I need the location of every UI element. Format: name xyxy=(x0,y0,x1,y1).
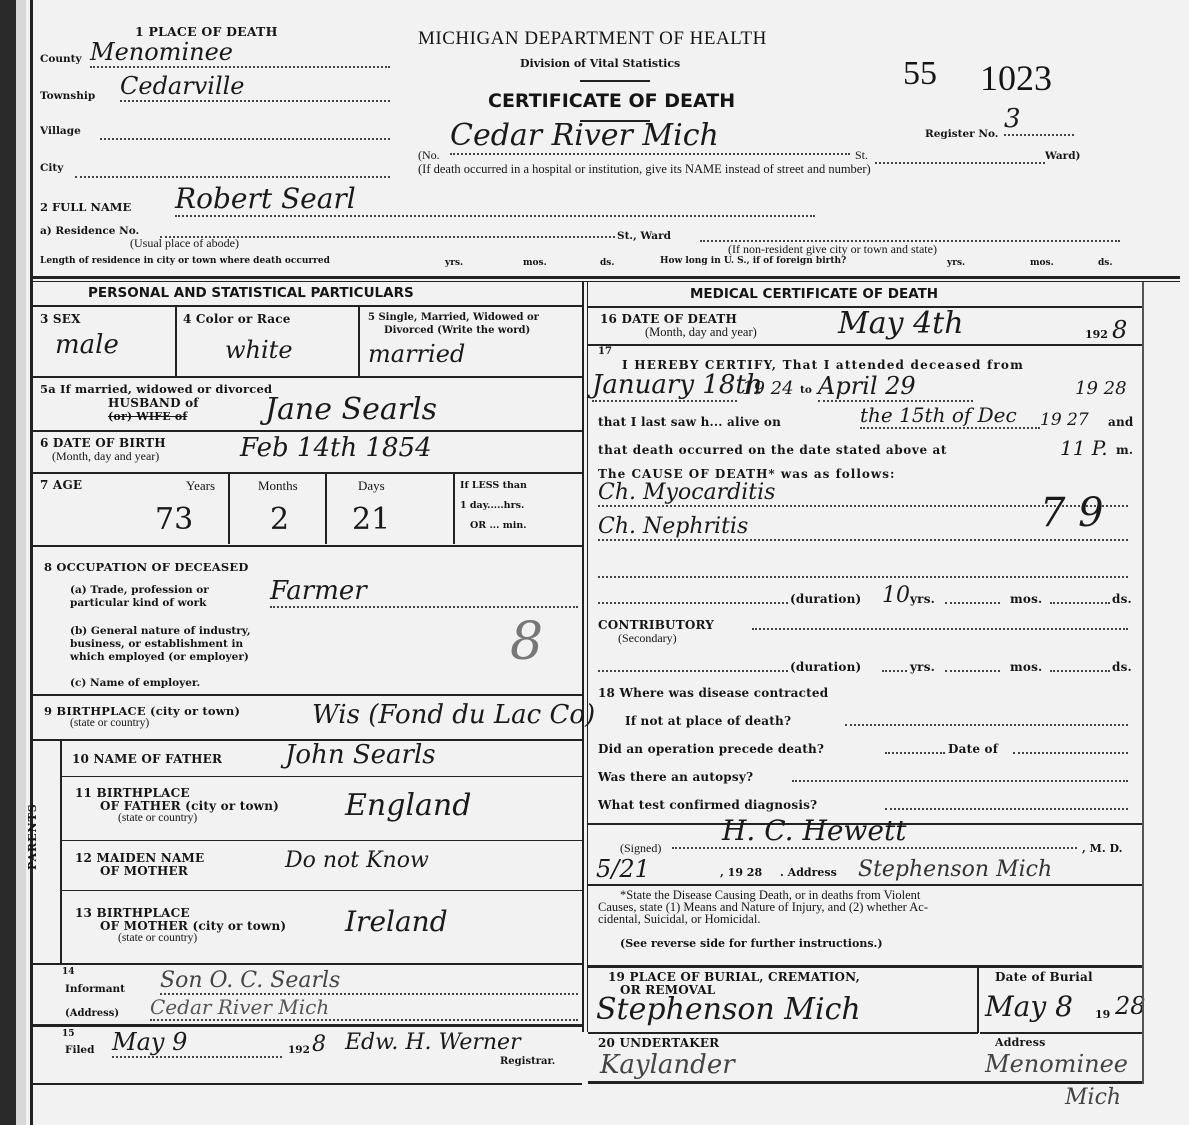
trade-label-1: (a) Trade, profession or xyxy=(70,584,209,596)
signed-field[interactable]: H. C. Hewett xyxy=(672,814,1077,849)
father-birthplace-label-1: 11 BIRTHPLACE xyxy=(75,786,190,800)
duration-yrs-field[interactable]: 10 xyxy=(882,583,910,608)
registrar-label: Registrar. xyxy=(500,1056,555,1067)
county-label: County xyxy=(40,53,82,65)
undertaker-address-field-2[interactable]: Mich xyxy=(1065,1085,1121,1110)
divider xyxy=(580,80,650,82)
form-right-border xyxy=(1142,282,1144,1084)
undertaker-field[interactable]: Kaylander xyxy=(600,1050,735,1080)
us-mos: mos. xyxy=(1030,258,1054,268)
dod-field[interactable]: May 4th xyxy=(838,306,964,341)
signed-label: (Signed) xyxy=(620,841,661,856)
duration-yrs-label: yrs. xyxy=(910,592,935,606)
rule xyxy=(33,545,582,547)
contributory-label: CONTRIBUTORY xyxy=(598,618,714,632)
father-birthplace-field[interactable]: England xyxy=(345,788,471,823)
informant-field[interactable]: Son O. C. Searls xyxy=(160,968,578,995)
register-label: Register No. xyxy=(925,128,998,140)
mother-birthplace-label-1: 13 BIRTHPLACE xyxy=(75,906,190,920)
medical-section-title: MEDICAL CERTIFICATE OF DEATH xyxy=(690,286,938,302)
residence-mos: mos. xyxy=(523,258,547,268)
dod-year-field[interactable]: 8 xyxy=(1112,316,1127,344)
st-ward-label: St., Ward xyxy=(617,230,671,242)
rule xyxy=(980,1032,1143,1034)
register-field[interactable]: 3 xyxy=(1004,104,1074,136)
last-seen-label: that I last saw h... alive on xyxy=(598,415,781,429)
mother-name-label-1: 12 MAIDEN NAME xyxy=(75,851,204,865)
personal-section-title: PERSONAL AND STATISTICAL PARTICULARS xyxy=(88,285,414,301)
note-line-4: (See reverse side for further instructio… xyxy=(620,937,883,950)
us-ds: ds. xyxy=(1098,258,1113,268)
department-name: MICHIGAN DEPARTMENT OF HEALTH xyxy=(418,28,767,50)
filed-label: Filed xyxy=(65,1044,94,1056)
burial-date-label: Date of Burial xyxy=(995,970,1093,984)
duration-2-mos-label: mos. xyxy=(1010,660,1042,674)
duration-2-leader xyxy=(598,662,788,672)
informant-number: 14 xyxy=(62,967,75,977)
rule xyxy=(62,840,582,841)
spouse-label-3: (or) WIFE of xyxy=(108,410,187,423)
contributory-field[interactable] xyxy=(752,620,1128,630)
top-section-rule-2 xyxy=(30,281,1180,282)
mother-name-field[interactable]: Do not Know xyxy=(285,848,429,873)
filed-year-field[interactable]: 8 xyxy=(312,1032,326,1057)
undertaker-address-label: Address xyxy=(995,1036,1046,1049)
undertaker-address-field-1[interactable]: Menominee xyxy=(985,1050,1128,1078)
occupation-label: 8 OCCUPATION OF DECEASED xyxy=(44,560,249,574)
less-than-label-1: If LESS than xyxy=(460,480,527,491)
date-of-label: Date of xyxy=(948,742,998,756)
scan-margin-light xyxy=(16,0,26,1125)
us-yrs: yrs. xyxy=(947,258,965,268)
street-st-label: St. xyxy=(855,148,868,163)
mother-birthplace-field[interactable]: Ireland xyxy=(345,905,448,938)
attended-from-year-field[interactable]: 19 24 xyxy=(742,378,794,399)
st-ward-field[interactable] xyxy=(700,230,1120,242)
burial-place-field[interactable]: Stephenson Mich xyxy=(596,992,861,1027)
dob-sublabel: (Month, day and year) xyxy=(52,449,159,464)
spouse-label-1: 5a If married, widowed or divorced xyxy=(40,382,272,396)
rule xyxy=(33,1024,582,1027)
informant-label: Informant xyxy=(65,983,125,995)
marital-label-1: 5 Single, Married, Widowed or xyxy=(368,312,539,323)
years-label: Years xyxy=(186,478,215,494)
trade-field[interactable]: Farmer xyxy=(270,576,578,608)
rule xyxy=(588,344,1143,346)
file-number-prefix: 55 xyxy=(903,55,937,93)
attended-to-year-field[interactable]: 19 28 xyxy=(1075,378,1127,399)
duration-mos-label: mos. xyxy=(1010,592,1042,606)
age-label: 7 AGE xyxy=(40,478,82,492)
cause-3-field[interactable] xyxy=(598,568,1128,578)
father-birthplace-label-2: OF FATHER (city or town) xyxy=(100,799,279,813)
marital-field[interactable]: married xyxy=(368,340,465,368)
file-number: 1023 xyxy=(980,57,1052,99)
age-years-field[interactable]: 73 xyxy=(155,502,193,537)
full-name-label: 2 FULL NAME xyxy=(40,200,131,214)
residence-sublabel: (Usual place of abode) xyxy=(130,236,239,251)
last-seen-field[interactable]: the 15th of Dec xyxy=(860,403,1040,429)
cause-label: The CAUSE OF DEATH* was as follows: xyxy=(598,467,895,481)
cause-marks: 7 9 xyxy=(1040,490,1104,536)
autopsy-label: Was there an autopsy? xyxy=(598,770,753,784)
birthplace-field[interactable]: Wis (Fond du Lac Co) xyxy=(312,700,595,730)
hospital-note: (If death occurred in a hospital or inst… xyxy=(418,162,871,177)
duration-2-yrs-field[interactable] xyxy=(882,662,907,672)
death-time-field[interactable]: 11 P. xyxy=(1060,436,1108,460)
cell-divider xyxy=(358,306,360,376)
filed-date-field[interactable]: May 9 xyxy=(112,1028,282,1058)
duration-2-mos-field[interactable] xyxy=(945,662,1000,672)
top-section-rule xyxy=(30,276,1180,279)
duration-ds-label: ds. xyxy=(1112,592,1132,606)
rule xyxy=(33,305,582,307)
duration-label: (duration) xyxy=(790,592,861,606)
dod-year-prefix: 192 xyxy=(1085,328,1108,341)
sex-label: 3 SEX xyxy=(40,312,81,326)
less-than-label-3: OR ... min. xyxy=(470,520,527,531)
death-time-label: that death occurred on the date stated a… xyxy=(598,443,947,457)
village-field[interactable] xyxy=(100,122,390,140)
note-line-3: cidental, Suicidal, or Homicidal. xyxy=(598,912,760,927)
rule xyxy=(588,884,1143,886)
rule xyxy=(62,776,582,777)
industry-label-3: which employed (or employer) xyxy=(70,651,249,663)
signed-address-field[interactable]: Stephenson Mich xyxy=(858,857,1052,882)
filed-year-prefix: 192 xyxy=(288,1044,310,1056)
rule xyxy=(588,1081,1143,1084)
full-name-field[interactable]: Robert Searl xyxy=(175,182,815,217)
rule xyxy=(62,890,582,891)
autopsy-field[interactable] xyxy=(792,772,1128,782)
cell-divider xyxy=(228,474,230,544)
operation-label: Did an operation precede death? xyxy=(598,742,824,756)
residence-yrs: yrs. xyxy=(445,258,463,268)
dod-sublabel: (Month, day and year) xyxy=(645,325,757,340)
duration-2-label: (duration) xyxy=(790,660,861,674)
age-days-field[interactable]: 21 xyxy=(352,502,390,537)
dob-label: 6 DATE OF BIRTH xyxy=(40,436,166,450)
race-label: 4 Color or Race xyxy=(183,312,291,326)
nonresident-note: (If non-resident give city or town and s… xyxy=(728,242,937,257)
contracted-field[interactable] xyxy=(845,716,1128,726)
dob-field[interactable]: Feb 14th 1854 xyxy=(240,433,432,463)
contracted-label: 18 Where was disease contracted xyxy=(598,686,828,700)
race-field[interactable]: white xyxy=(225,336,293,364)
age-months-field[interactable]: 2 xyxy=(270,502,289,537)
village-label: Village xyxy=(40,125,81,137)
residence-ds: ds. xyxy=(600,258,615,268)
rule xyxy=(33,472,582,474)
rule xyxy=(588,1032,978,1034)
street-no-label: (No. xyxy=(418,148,440,163)
rule xyxy=(33,1083,582,1085)
rule xyxy=(33,430,582,432)
duration-ds-field[interactable] xyxy=(1050,594,1110,604)
test-label: What test confirmed diagnosis? xyxy=(598,798,817,812)
attended-to-field[interactable]: April 29 xyxy=(818,372,973,402)
city-label: City xyxy=(40,162,63,174)
township-field[interactable]: Cedarville xyxy=(120,72,390,102)
length-residence-label: Length of residence in city or town wher… xyxy=(40,256,330,266)
cell-divider xyxy=(453,474,455,544)
us-residence-label: How long in U. S., if of foreign birth? xyxy=(660,256,846,266)
county-field[interactable]: Menominee xyxy=(90,38,390,68)
filed-number: 15 xyxy=(62,1029,75,1039)
cell-divider xyxy=(325,474,327,544)
m-label: m. xyxy=(1116,443,1133,457)
test-field[interactable] xyxy=(885,800,1128,810)
dod-label: 16 DATE OF DEATH xyxy=(600,312,737,326)
duration-leader xyxy=(598,594,788,604)
parents-divider xyxy=(60,741,62,963)
md-label: , M. D. xyxy=(1082,842,1122,855)
rule xyxy=(33,694,582,696)
months-label: Months xyxy=(258,478,298,494)
and-label: and xyxy=(1108,415,1134,429)
certificate-title: CERTIFICATE OF DEATH xyxy=(488,90,735,112)
not-at-place-label: If not at place of death? xyxy=(625,714,791,728)
column-divider-2 xyxy=(587,282,588,1032)
to-label: to xyxy=(800,384,812,396)
ward-label: Ward) xyxy=(1045,150,1081,162)
burial-place-label-1: 19 PLACE OF BURIAL, CREMATION, xyxy=(608,970,860,984)
registrar-field[interactable]: Edw. H. Werner xyxy=(345,1030,521,1055)
place-of-death-heading: 1 PLACE OF DEATH xyxy=(135,24,278,39)
division-name: Division of Vital Statistics xyxy=(520,57,680,70)
signed-date-field[interactable]: 5/21 xyxy=(596,855,650,883)
spouse-field[interactable]: Jane Searls xyxy=(265,392,437,427)
burial-year-prefix: 19 xyxy=(1095,1008,1110,1021)
form-left-border xyxy=(30,0,33,1125)
father-name-label: 10 NAME OF FATHER xyxy=(72,752,222,766)
industry-label-2: business, or establishment in xyxy=(70,638,243,650)
burial-year-field[interactable]: 28 xyxy=(1115,992,1146,1020)
city-field[interactable] xyxy=(75,160,390,178)
cell-divider xyxy=(977,968,979,1033)
days-label: Days xyxy=(358,478,385,494)
father-birthplace-label-3: (state or country) xyxy=(118,812,197,824)
informant-address-label: (Address) xyxy=(65,1008,119,1019)
column-divider xyxy=(582,282,584,1032)
spouse-label-2: HUSBAND of xyxy=(108,396,199,410)
mother-name-label-2: OF MOTHER xyxy=(100,864,188,878)
township-label: Township xyxy=(40,90,95,102)
burial-date-field[interactable]: May 8 xyxy=(985,990,1073,1023)
rule xyxy=(588,965,1143,968)
street-field[interactable]: Cedar River Mich xyxy=(450,118,850,155)
duration-2-ds-field[interactable] xyxy=(1050,662,1110,672)
certify-number: 17 xyxy=(598,346,612,357)
operation-field[interactable] xyxy=(885,744,945,754)
industry-mark[interactable]: 8 xyxy=(510,612,543,672)
rule xyxy=(33,376,582,378)
secondary-label: (Secondary) xyxy=(618,631,677,646)
employer-label: (c) Name of employer. xyxy=(70,677,200,689)
parents-label: PARENTS xyxy=(26,803,39,870)
cell-divider xyxy=(175,306,177,376)
ward-field[interactable] xyxy=(875,150,1045,164)
signed-address-label: . Address xyxy=(780,866,837,879)
birthplace-label-2: (state or country) xyxy=(70,717,149,729)
less-than-label-2: 1 day.....hrs. xyxy=(460,500,524,511)
operation-date-field[interactable] xyxy=(1013,744,1128,754)
duration-2-ds-label: ds. xyxy=(1112,660,1132,674)
undertaker-label: 20 UNDERTAKER xyxy=(598,1036,719,1050)
attended-from-field[interactable]: January 18th xyxy=(592,370,737,402)
duration-mos-field[interactable] xyxy=(945,594,1000,604)
marital-label-2: Divorced (Write the word) xyxy=(384,325,530,336)
industry-label-1: (b) General nature of industry, xyxy=(70,625,250,637)
father-name-field[interactable]: John Searls xyxy=(285,740,436,770)
mother-birthplace-label-2: OF MOTHER (city or town) xyxy=(100,919,286,933)
duration-2-yrs-label: yrs. xyxy=(910,660,935,674)
rule xyxy=(33,963,582,965)
scan-margin xyxy=(0,0,16,1125)
mother-birthplace-label-3: (state or country) xyxy=(118,932,197,944)
birthplace-label-1: 9 BIRTHPLACE (city or town) xyxy=(44,704,240,718)
residence-label: a) Residence No. xyxy=(40,225,139,237)
sex-field[interactable]: male xyxy=(55,330,119,360)
informant-address-field[interactable]: Cedar River Mich xyxy=(150,995,578,1021)
last-seen-year-field[interactable]: 19 27 xyxy=(1040,410,1089,430)
signed-year: , 19 28 xyxy=(720,866,762,879)
trade-label-2: particular kind of work xyxy=(70,597,206,609)
